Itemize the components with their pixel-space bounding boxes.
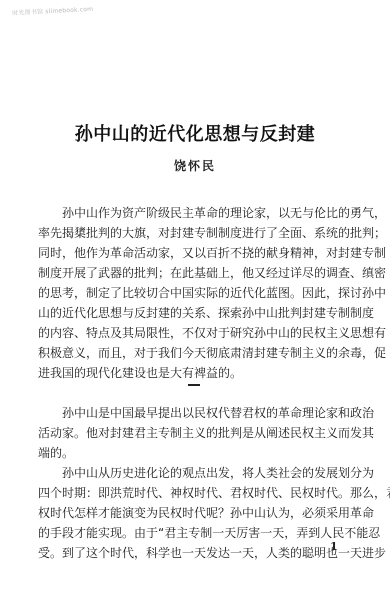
text-line: 权时代怎样才能演变为民权时代呢？孙中山认为，必须采用革命 xyxy=(38,503,350,523)
paragraph-2: 孙中山从历史进化论的观点出发，将人类社会的发展划分为 四个时期：即洪荒时代、神权… xyxy=(38,463,350,563)
watermark: 时光图书馆 slimebook.com xyxy=(12,4,93,17)
paragraph-intro: 孙中山作为资产阶级民主革命的理论家，以无与伦比的勇气， 率先揭橥批判的大旗，对封… xyxy=(38,203,350,383)
page-number: 1 xyxy=(330,540,338,553)
text-line: 山的近代化思想与反封建的关系、探索孙中山批判封建专制制度 xyxy=(38,303,350,323)
text-line: 孙中山是中国最早提出以民权代替君权的革命理论家和政治 xyxy=(38,403,350,423)
text-line: 率先揭橥批判的大旗，对封建专制制度进行了全面、系统的批判； xyxy=(38,223,350,243)
section-number-one xyxy=(188,384,200,386)
text-line: 活动家。他对封建君主专制主义的批判是从阐述民权主义而发其 xyxy=(38,423,350,443)
paragraph-1: 孙中山是中国最早提出以民权代替君权的革命理论家和政治 活动家。他对封建君主专制主… xyxy=(38,403,350,463)
text-line: 积极意义，而且，对于我们今天彻底肃清封建专制主义的余毒，促 xyxy=(38,343,350,363)
text-line: 同时，他作为革命活动家，又以百折不挠的献身精神，对封建专制 xyxy=(38,243,350,263)
text-line: 的手段才能实现。由于“君主专制一天厉害一天，弄到人民不能忍 xyxy=(38,523,350,543)
text-line: 进我国的现代化建设也是大有裨益的。 xyxy=(38,363,350,383)
text-line: 的思考，制定了比较切合中国实际的近代化蓝图。因此，探讨孙中 xyxy=(38,283,350,303)
text-line: 孙中山作为资产阶级民主革命的理论家，以无与伦比的勇气， xyxy=(38,203,350,223)
text-line: 的内容、特点及其局限性，不仅对于研究孙中山的民权主义思想有 xyxy=(38,323,350,343)
article-author: 饶怀民 xyxy=(0,157,390,174)
text-line: 受。到了这个时代，科学也一天发达一天，人类的聪明也一天进步 xyxy=(38,543,350,563)
article-title: 孙中山的近代化思想与反封建 xyxy=(0,120,390,146)
text-line: 端的。 xyxy=(38,443,350,463)
text-line: 孙中山从历史进化论的观点出发，将人类社会的发展划分为 xyxy=(38,463,350,483)
text-line: 制度开展了武器的批判；在此基础上，他又经过详尽的调查、缜密 xyxy=(38,263,350,283)
text-line: 四个时期：即洪荒时代、神权时代、君权时代、民权时代。那么，君 xyxy=(38,483,350,503)
